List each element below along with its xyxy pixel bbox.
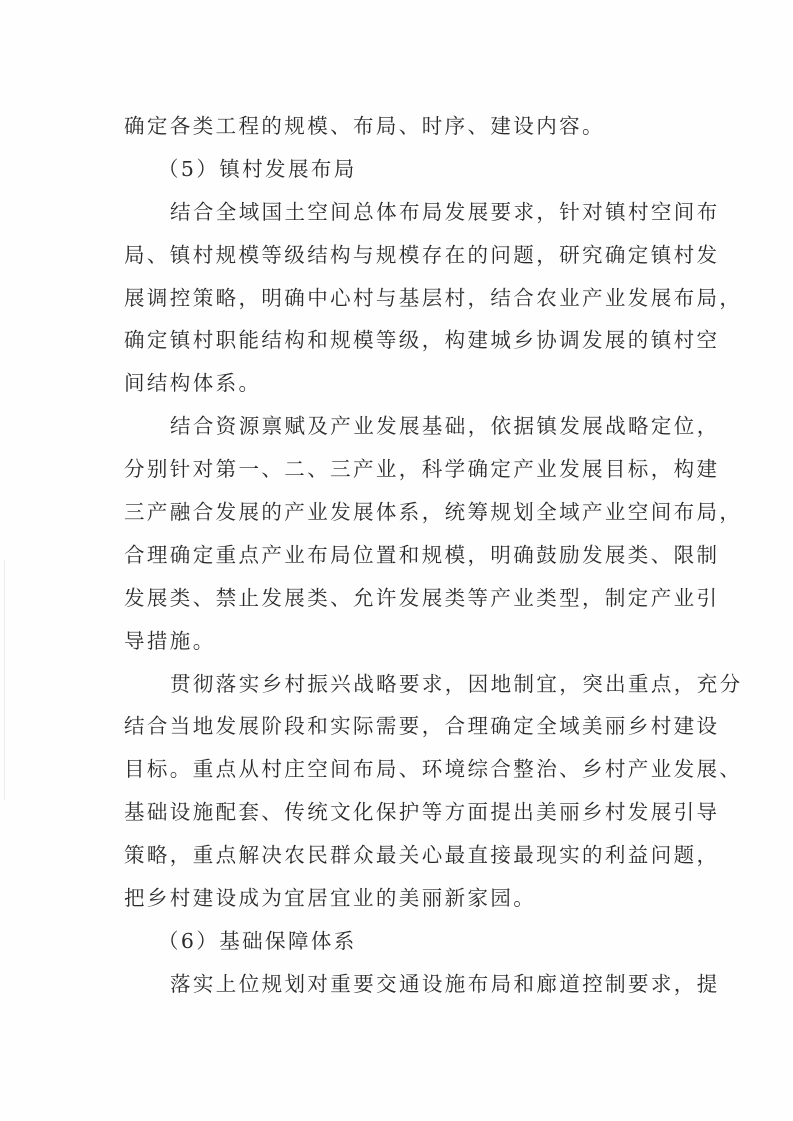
body-line: 间结构体系。 [124, 362, 684, 405]
body-line: 确定各类工程的规模、布局、时序、建设内容。 [124, 105, 684, 148]
section-heading-5: （5）镇村发展布局 [124, 148, 684, 191]
body-line: 把乡村建设成为宜居宜业的美丽新家园。 [124, 877, 684, 920]
body-line: 合理确定重点产业布局位置和规模，明确鼓励发展类、限制 [124, 534, 684, 577]
paragraph-start: 结合资源禀赋及产业发展基础，依据镇发展战略定位， [124, 405, 684, 448]
body-line: 展调控策略，明确中心村与基层村，结合农业产业发展布局， [124, 277, 684, 320]
body-line: 局、镇村规模等级结构与规模存在的问题，研究确定镇村发 [124, 234, 684, 277]
body-line: 基础设施配套、传统文化保护等方面提出美丽乡村发展引导 [124, 791, 684, 834]
document-page: 确定各类工程的规模、布局、时序、建设内容。 （5）镇村发展布局 结合全域国土空间… [0, 0, 793, 1121]
body-line: 发展类、禁止发展类、允许发展类等产业类型，制定产业引 [124, 577, 684, 620]
paragraph-start: 结合全域国土空间总体布局发展要求，针对镇村空间布 [124, 191, 684, 234]
body-line: 策略，重点解决农民群众最关心最直接最现实的利益问题， [124, 834, 684, 877]
body-line: 分别针对第一、二、三产业，科学确定产业发展目标，构建 [124, 448, 684, 491]
section-heading-6: （6）基础保障体系 [124, 920, 684, 963]
body-line: 确定镇村职能结构和规模等级，构建城乡协调发展的镇村空 [124, 319, 684, 362]
body-line: 目标。重点从村庄空间布局、环境综合整治、乡村产业发展、 [124, 748, 684, 791]
paragraph-start: 落实上位规划对重要交通设施布局和廊道控制要求，提 [124, 963, 684, 1006]
document-body: 确定各类工程的规模、布局、时序、建设内容。 （5）镇村发展布局 结合全域国土空间… [124, 105, 684, 1006]
scan-edge-shadow [4, 560, 5, 800]
paragraph-start: 贯彻落实乡村振兴战略要求，因地制宜，突出重点，充分 [124, 663, 684, 706]
body-line: 结合当地发展阶段和实际需要，合理确定全域美丽乡村建设 [124, 705, 684, 748]
body-line: 三产融合发展的产业发展体系，统筹规划全域产业空间布局， [124, 491, 684, 534]
body-line: 导措施。 [124, 620, 684, 663]
